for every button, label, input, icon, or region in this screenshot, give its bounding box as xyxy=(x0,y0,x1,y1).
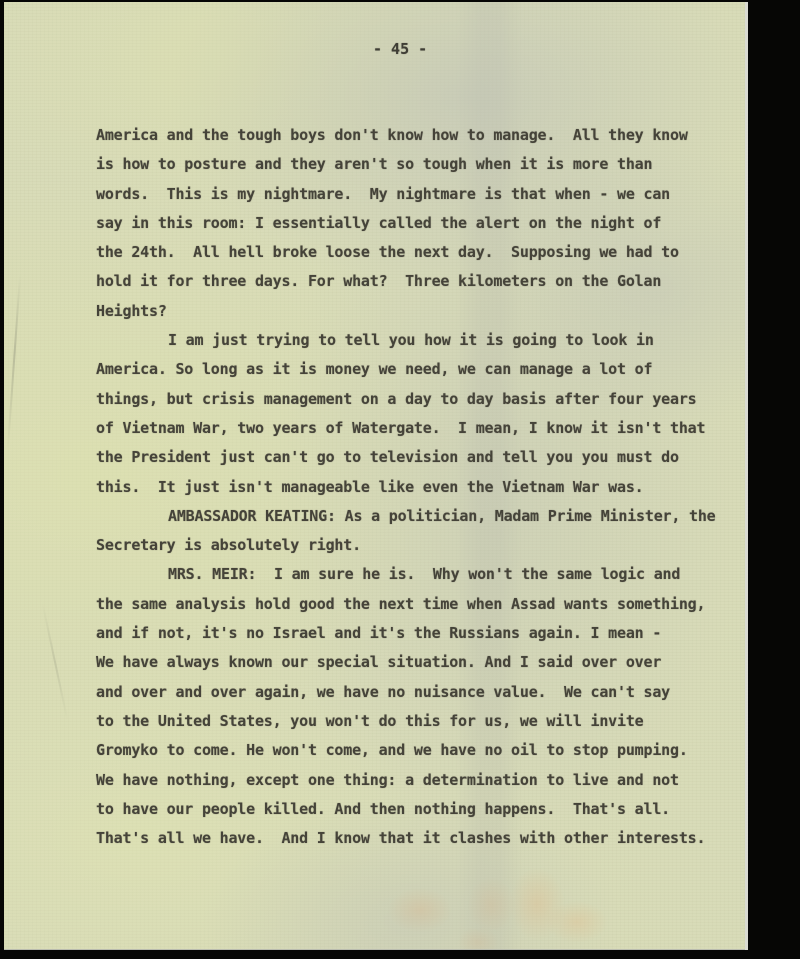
document-line: of Vietnam War, two years of Watergate. … xyxy=(96,414,720,443)
document-line: to the United States, you won't do this … xyxy=(96,707,720,736)
document-line: the President just can't go to televisio… xyxy=(96,443,720,472)
document-line: MRS. MEIR: I am sure he is. Why won't th… xyxy=(96,560,720,589)
document-line: is how to posture and they aren't so tou… xyxy=(96,150,720,179)
page-number: - 45 - xyxy=(373,40,427,58)
document-line: AMBASSADOR KEATING: As a politician, Mad… xyxy=(96,502,720,531)
document-line: Gromyko to come. He won't come, and we h… xyxy=(96,736,720,765)
document-line: We have always known our special situati… xyxy=(96,648,720,677)
document-line: Heights? xyxy=(96,297,720,326)
document-line: the 24th. All hell broke loose the next … xyxy=(96,238,720,267)
document-line: to have our people killed. And then noth… xyxy=(96,795,720,824)
document-line: I am just trying to tell you how it is g… xyxy=(96,326,720,355)
document-line: this. It just isn't manageable like even… xyxy=(96,473,720,502)
document-line: Secretary is absolutely right. xyxy=(96,531,720,560)
scan-frame: - 45 - America and the tough boys don't … xyxy=(0,0,800,959)
document-line: America. So long as it is money we need,… xyxy=(96,355,720,384)
document-line: things, but crisis management on a day t… xyxy=(96,385,720,414)
document-line: and over and over again, we have no nuis… xyxy=(96,678,720,707)
document-line: hold it for three days. For what? Three … xyxy=(96,267,720,296)
scanned-page: - 45 - America and the tough boys don't … xyxy=(4,2,745,950)
document-line: That's all we have. And I know that it c… xyxy=(96,824,720,853)
paper-crease xyxy=(7,274,21,449)
document-line: the same analysis hold good the next tim… xyxy=(96,590,720,619)
paper-crease xyxy=(42,603,69,721)
document-line: and if not, it's no Israel and it's the … xyxy=(96,619,720,648)
document-line: We have nothing, except one thing: a det… xyxy=(96,766,720,795)
document-line: say in this room: I essentially called t… xyxy=(96,209,720,238)
document-body-text: America and the tough boys don't know ho… xyxy=(96,121,720,853)
document-line: America and the tough boys don't know ho… xyxy=(96,121,720,150)
document-line: words. This is my nightmare. My nightmar… xyxy=(96,180,720,209)
